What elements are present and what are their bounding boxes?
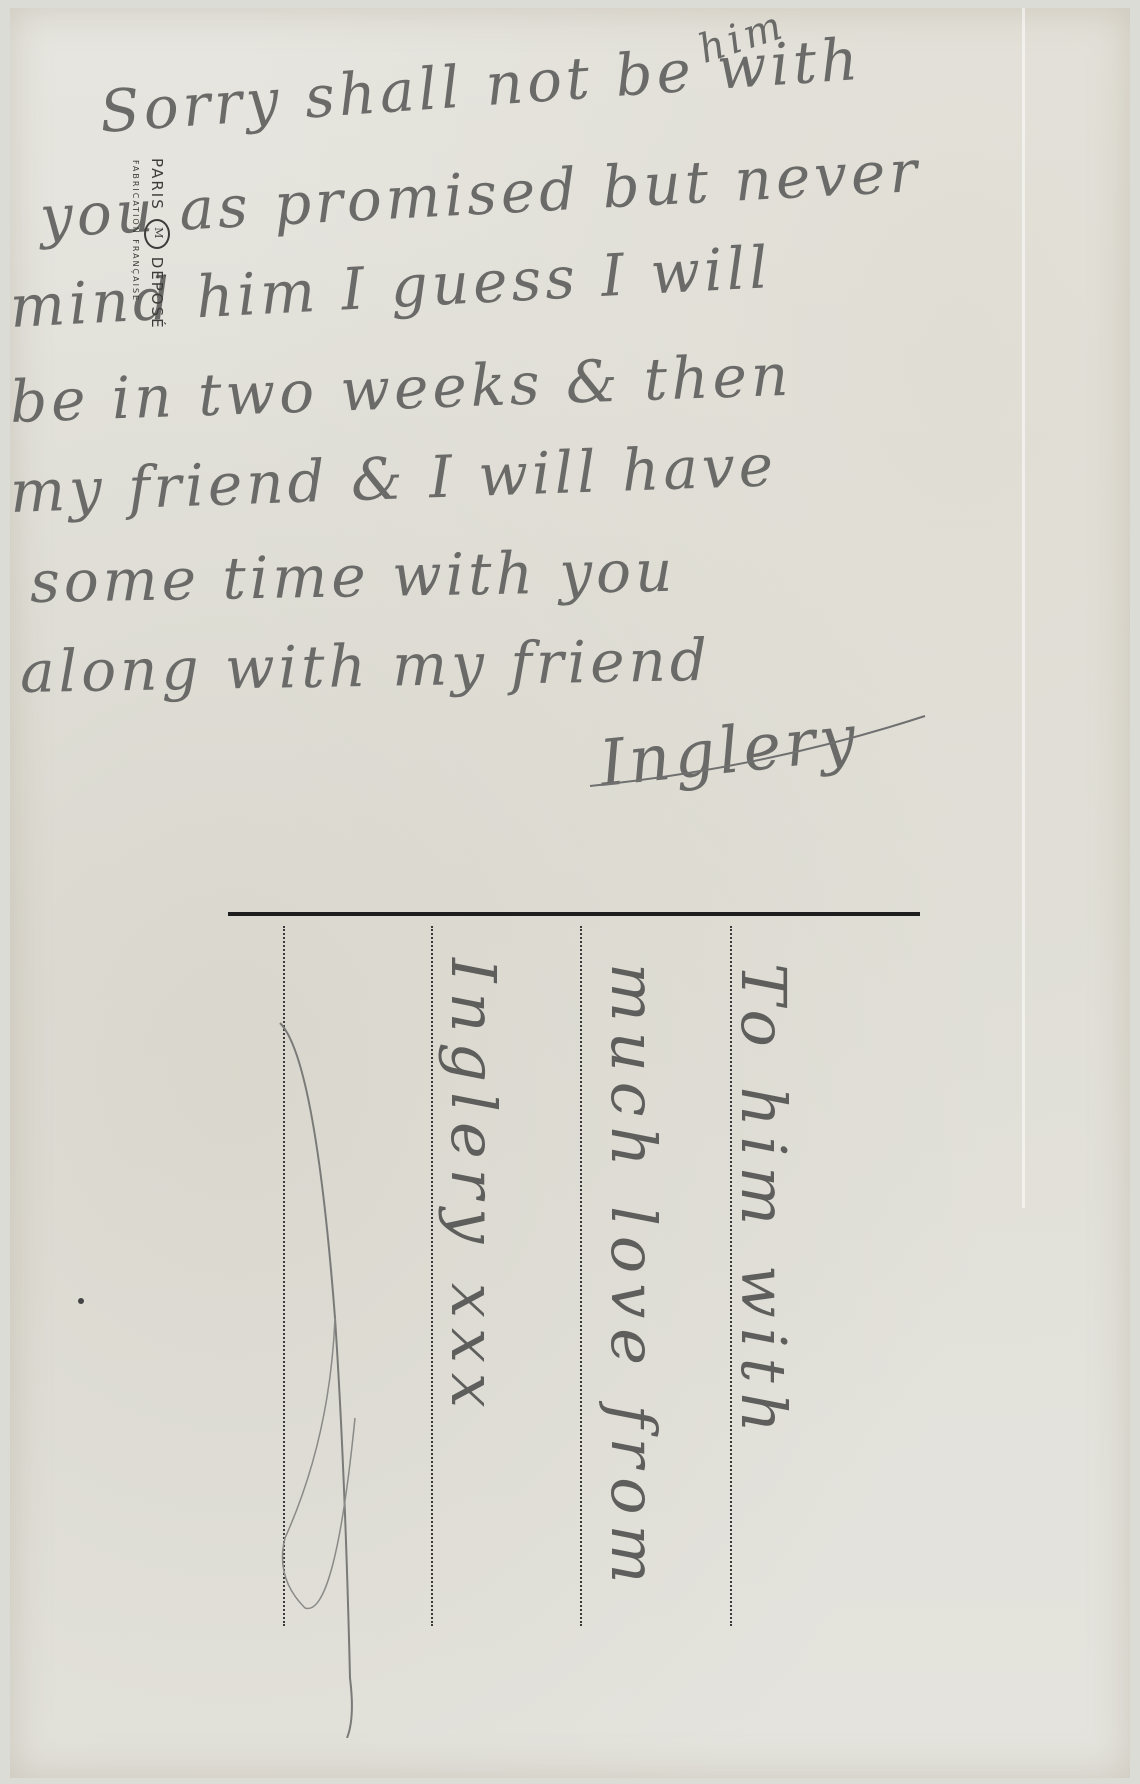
message-line: my friend & I will have	[9, 431, 778, 526]
message-line: mind him I guess I will	[8, 233, 773, 341]
address-rule	[580, 926, 582, 1626]
message-line: you as promised but never	[38, 137, 922, 251]
message-line: be in two weeks & then	[9, 341, 793, 436]
address-line: To him with	[727, 963, 800, 1443]
pencil-flourish	[275, 1018, 395, 1738]
message-line: Sorry shall not be with	[98, 25, 864, 146]
message-line: along with my friend	[19, 626, 711, 706]
address-divider	[228, 912, 920, 916]
printer-mark: PARIS M DÉPOSÉ FABRICATION FRANÇAISE	[131, 158, 170, 330]
monogram-logo-icon: M	[144, 219, 170, 249]
printer-mark-fabrication: FABRICATION FRANÇAISE	[131, 158, 140, 330]
ink-dot	[78, 1298, 84, 1304]
address-rule	[431, 926, 433, 1626]
postcard-back: him Sorry shall not be with you as promi…	[10, 8, 1130, 1778]
signature-underline	[585, 708, 945, 818]
printer-mark-paris: PARIS	[148, 158, 166, 211]
printer-mark-depose: DÉPOSÉ	[148, 257, 166, 330]
message-line: some time with you	[29, 537, 676, 616]
fold-crease	[1022, 8, 1025, 1208]
address-line: much love from	[597, 963, 670, 1593]
address-line: Inglery xxx	[437, 958, 510, 1418]
